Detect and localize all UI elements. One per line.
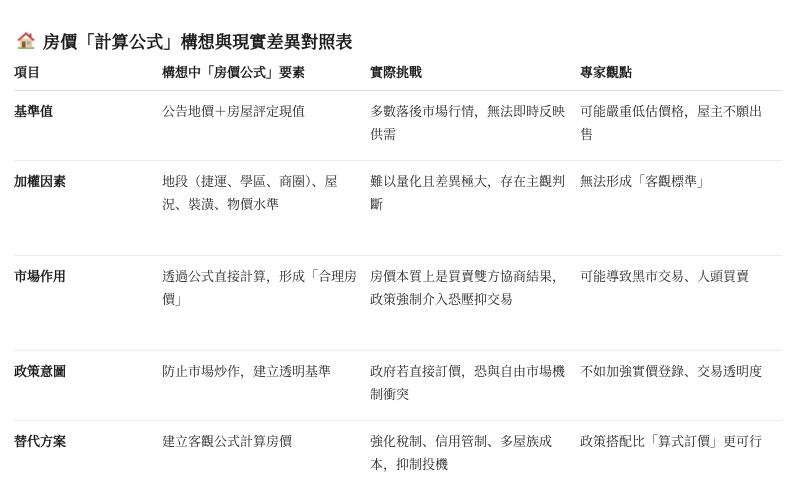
header-expert: 專家觀點 bbox=[580, 60, 782, 90]
cell-element: 防止市場炒作，建立透明基準 bbox=[162, 350, 370, 420]
house-icon bbox=[16, 30, 36, 50]
cell-item: 政策意圖 bbox=[14, 350, 162, 420]
cell-challenge: 多數落後市場行情，無法即時反映供需 bbox=[370, 90, 580, 160]
cell-item: 加權因素 bbox=[14, 160, 162, 255]
cell-element: 透過公式直接計算，形成「合理房價」 bbox=[162, 255, 370, 350]
cell-expert: 不如加強實價登錄、交易透明度 bbox=[580, 350, 782, 420]
table-row: 市場作用 透過公式直接計算，形成「合理房價」 房價本質上是買賣雙方協商結果，政策… bbox=[14, 255, 782, 350]
table-row: 替代方案 建立客觀公式計算房價 強化稅制、信用管制、多屋族成本，抑制投機 政策搭… bbox=[14, 420, 782, 488]
comparison-table: 項目 構想中「房價公式」要素 實際挑戰 專家觀點 基準值 公告地價＋房屋評定現值… bbox=[14, 60, 782, 488]
cell-expert: 無法形成「客觀標準」 bbox=[580, 160, 782, 255]
cell-item: 市場作用 bbox=[14, 255, 162, 350]
table-row: 基準值 公告地價＋房屋評定現值 多數落後市場行情，無法即時反映供需 可能嚴重低估… bbox=[14, 90, 782, 160]
cell-challenge: 房價本質上是買賣雙方協商結果，政策強制介入恐壓抑交易 bbox=[370, 255, 580, 350]
cell-expert: 政策搭配比「算式訂價」更可行 bbox=[580, 420, 782, 488]
page-title: 房價「計算公式」構想與現實差異對照表 bbox=[16, 28, 353, 52]
cell-expert: 可能導致黑市交易、人頭買賣 bbox=[580, 255, 782, 350]
header-element: 構想中「房價公式」要素 bbox=[162, 60, 370, 90]
table-row: 政策意圖 防止市場炒作，建立透明基準 政府若直接訂價，恐與自由市場機制衝突 不如… bbox=[14, 350, 782, 420]
cell-expert: 可能嚴重低估價格，屋主不願出售 bbox=[580, 90, 782, 160]
title-text: 房價「計算公式」構想與現實差異對照表 bbox=[43, 28, 353, 53]
cell-item: 替代方案 bbox=[14, 420, 162, 488]
header-challenge: 實際挑戰 bbox=[370, 60, 580, 90]
cell-challenge: 強化稅制、信用管制、多屋族成本，抑制投機 bbox=[370, 420, 580, 488]
table-header-row: 項目 構想中「房價公式」要素 實際挑戰 專家觀點 bbox=[14, 60, 782, 90]
cell-element: 地段（捷運、學區、商圈）、屋況、裝潢、物價水準 bbox=[162, 160, 370, 255]
cell-challenge: 難以量化且差異極大，存在主觀判斷 bbox=[370, 160, 580, 255]
cell-element: 建立客觀公式計算房價 bbox=[162, 420, 370, 488]
header-item: 項目 bbox=[14, 60, 162, 90]
cell-item: 基準值 bbox=[14, 90, 162, 160]
cell-element: 公告地價＋房屋評定現值 bbox=[162, 90, 370, 160]
cell-challenge: 政府若直接訂價，恐與自由市場機制衝突 bbox=[370, 350, 580, 420]
table-row: 加權因素 地段（捷運、學區、商圈）、屋況、裝潢、物價水準 難以量化且差異極大，存… bbox=[14, 160, 782, 255]
